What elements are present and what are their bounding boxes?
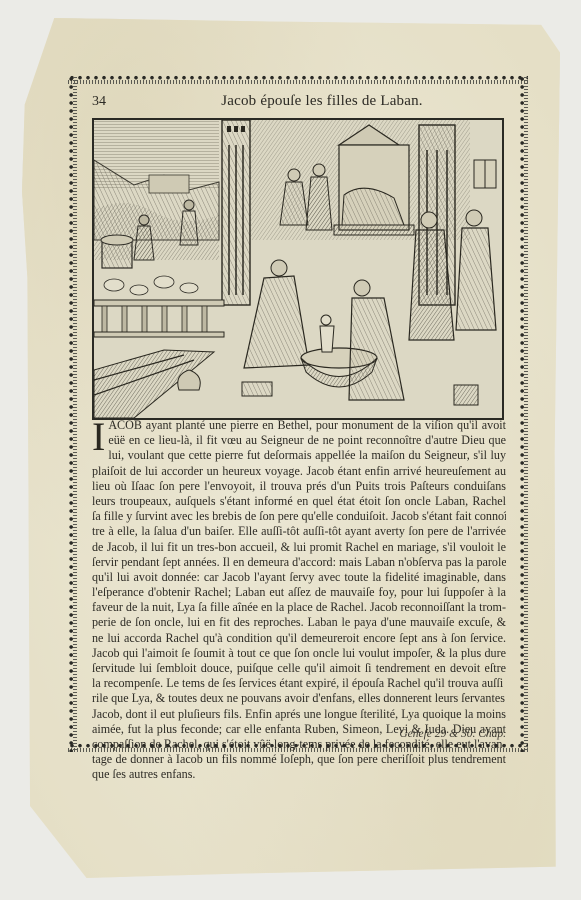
ornamental-border-right bbox=[519, 75, 528, 752]
text-line: lui, voulant que cette pierre fut deſorm… bbox=[108, 448, 506, 463]
text-line: plaiſoit de lui accorder un heureux voya… bbox=[92, 464, 506, 479]
text-line: ſa fille y ſurvint avec les brebis de ſo… bbox=[92, 509, 506, 524]
text-line: leurs troupeaux, auſquels s'étant inform… bbox=[92, 494, 506, 509]
text-line: Jacob, dont il eut pluſieurs fils. Enfin… bbox=[92, 707, 506, 722]
text-line: ACOB ayant planté une pierre en Bethel, … bbox=[108, 418, 506, 433]
text-line: perie de ſon oncle, lui en fit des repro… bbox=[92, 615, 506, 630]
ornamental-border-top bbox=[68, 75, 528, 84]
woodcut-engraving-image bbox=[94, 120, 502, 418]
text-line: qu'il lui avoit donnée: car Jacob l'ayan… bbox=[92, 570, 506, 585]
text-line: tage de donner à Iacob un fils nommé Ioſ… bbox=[92, 752, 506, 767]
page-header: 34 Jacob épouſe les filles de Laban. bbox=[92, 92, 504, 114]
text-line: faveur de la nuit, Lya ſa fille aînée en… bbox=[92, 600, 506, 615]
text-line: la recompenſe. Le tems de ſes ſervices é… bbox=[92, 676, 506, 691]
page-number: 34 bbox=[92, 94, 106, 110]
text-line: ne lui accorda Rachel qu'à condition qu'… bbox=[92, 631, 506, 646]
text-line: tre à elle, la ſalua d'un baiſer. Elle a… bbox=[92, 524, 506, 539]
text-line: eüë en ce lieu-là, il fit vœu au Seigneu… bbox=[108, 433, 506, 448]
text-line: que ſes autres enfans. bbox=[92, 767, 506, 782]
running-title: Jacob épouſe les filles de Laban. bbox=[182, 93, 462, 110]
text-line: rile que Lya, & toutes deux ne pouvans a… bbox=[92, 691, 506, 706]
text-line: Jacob qui l'aimoit ſe ſoumit à tout ce q… bbox=[92, 646, 506, 661]
ornamental-border-left bbox=[68, 75, 77, 752]
drop-cap: I bbox=[92, 420, 105, 454]
scripture-reference: Geneſe 29 & 30. Chap. bbox=[380, 728, 506, 740]
text-line: ſervir pendant ſept années. Il en demeur… bbox=[92, 555, 506, 570]
text-line: l'eſperance d'obtenir Rachel; Laban eut … bbox=[92, 585, 506, 600]
woodcut-illustration bbox=[92, 118, 504, 420]
text-line: ſervitude lui ſembloit douce, puiſque ce… bbox=[92, 661, 506, 676]
text-line: de Jacob, il lui fit un tres-bon accueil… bbox=[92, 540, 506, 555]
text-line: lieu où Iſaac ſon pere l'envoyoit, il tr… bbox=[92, 479, 506, 494]
